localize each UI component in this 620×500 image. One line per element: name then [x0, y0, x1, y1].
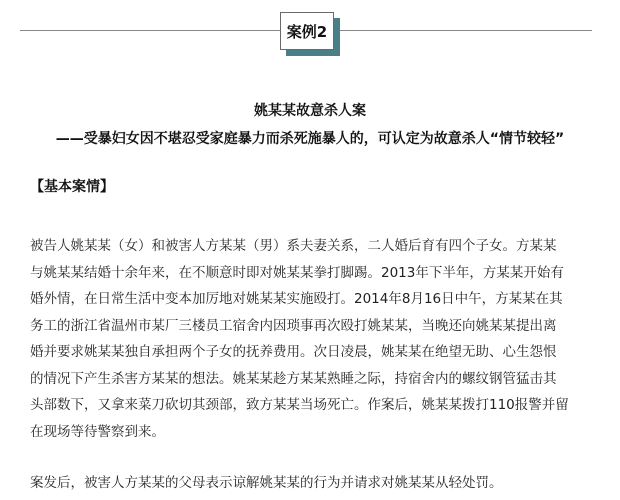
case-title: 姚某某故意杀人案 — [0, 100, 620, 120]
badge-label: 案例2 — [280, 12, 334, 50]
paragraph-after-case: 案发后，被害人方某某的父母表示谅解姚某某的行为并请求对姚某某从轻处罚。 — [30, 470, 592, 497]
text-line: 案发后，被害人方某某的父母表示谅解姚某某的行为并请求对姚某某从轻处罚。 — [30, 470, 592, 497]
section-heading-basic-facts: 【基本案情】 — [30, 176, 114, 196]
text-line: 婚并要求姚某某独自承担两个子女的抚养费用。次日凌晨，姚某某在绝望无助、心生怨恨 — [30, 339, 592, 366]
text-line: 务工的浙江省温州市某厂三楼员工宿舍内因琐事再次殴打姚某某，当晚还向姚某某提出离 — [30, 313, 592, 340]
text-line: 在现场等待警察到来。 — [30, 419, 592, 446]
text-line: 头部数下，又拿来菜刀砍切其颈部，致方某某当场死亡。作案后，姚某某拨打110报警并… — [30, 392, 592, 419]
text-line: 被告人姚某某（女）和被害人方某某（男）系夫妻关系，二人婚后育有四个子女。方某某 — [30, 233, 592, 260]
text-line: 婚外情，在日常生活中变本加厉地对姚某某实施殴打。2014年8月16日中午，方某某… — [30, 286, 592, 313]
case-subtitle: ——受暴妇女因不堪忍受家庭暴力而杀死施暴人的，可认定为故意杀人“情节较轻” — [0, 128, 620, 148]
case-number-badge: 案例2 — [280, 12, 334, 50]
text-line: 的情况下产生杀害方某某的想法。姚某某趁方某某熟睡之际，持宿舍内的螺纹钢管猛击其 — [30, 366, 592, 393]
paragraph-facts: 被告人姚某某（女）和被害人方某某（男）系夫妻关系，二人婚后育有四个子女。方某某 … — [30, 233, 592, 445]
text-line: 与姚某某结婚十余年来，在不顺意时即对姚某某拳打脚踢。2013年下半年，方某某开始… — [30, 260, 592, 287]
